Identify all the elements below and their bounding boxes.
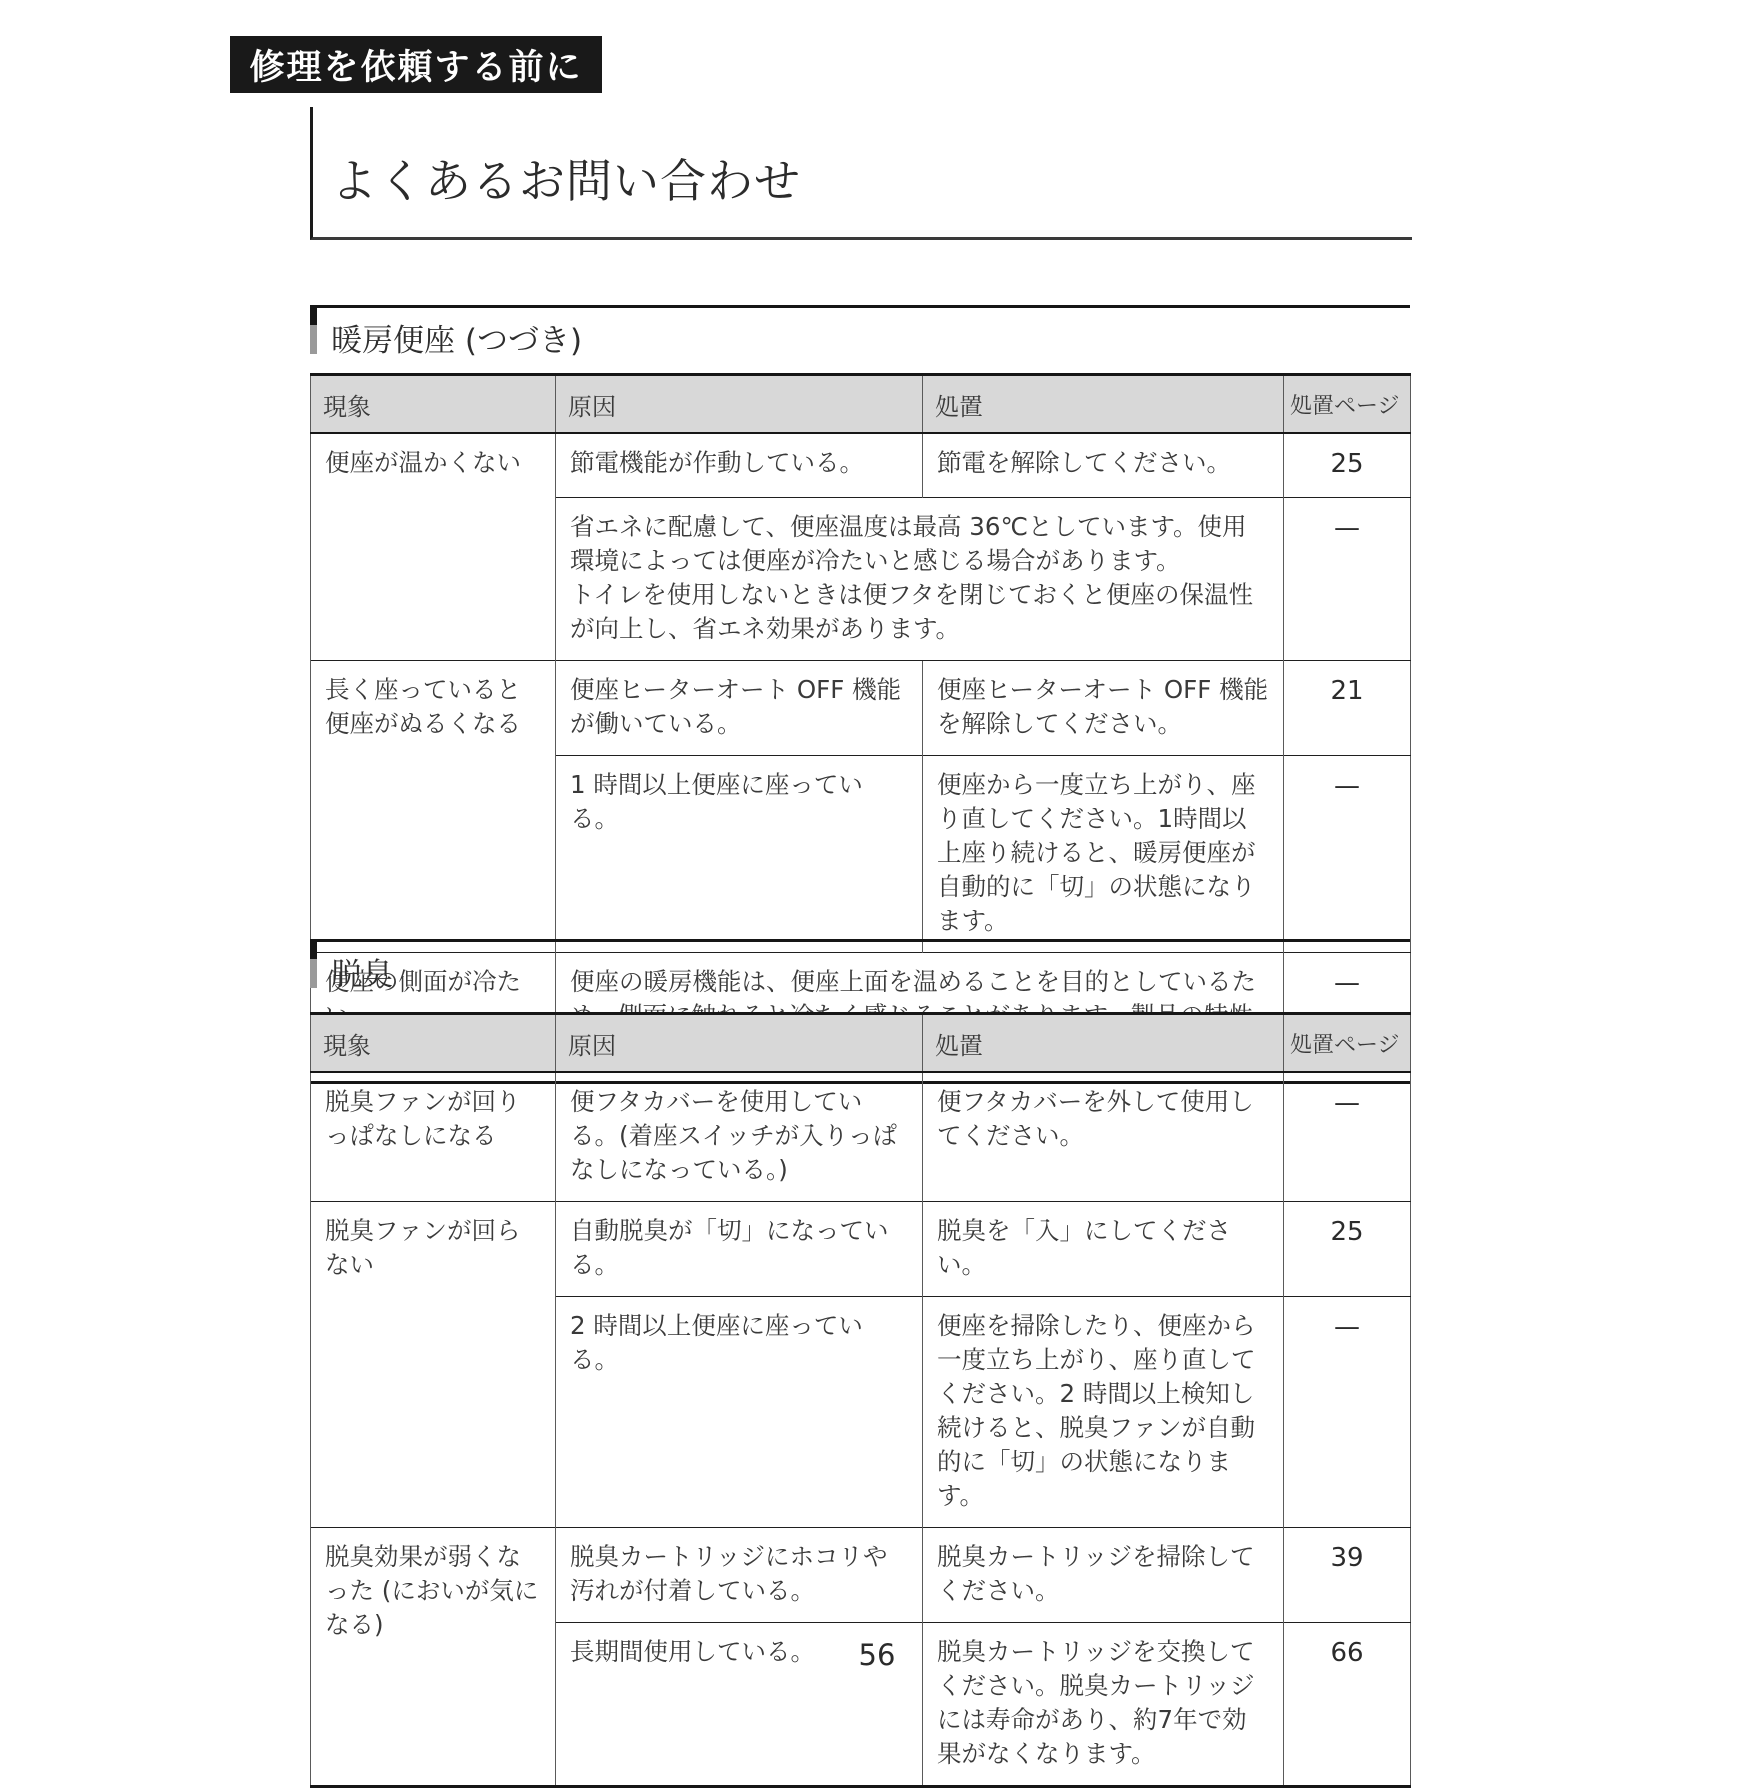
column-header-phenomenon: 現象	[311, 375, 556, 434]
section-heading-warm-seat: 暖房便座 (つづき)	[310, 305, 1410, 360]
column-header-phenomenon: 現象	[311, 1014, 556, 1073]
treatment-cell: 節電を解除してください。	[923, 433, 1284, 497]
cause-cell: 便座ヒーターオート OFF 機能が働いている。	[556, 660, 923, 755]
phenomenon-cell: 長く座っていると便座がぬるくなる	[311, 660, 556, 952]
chapter-banner: 修理を依頼する前に	[230, 36, 602, 93]
table-row: 脱臭ファンが回らない 自動脱臭が「切」になっている。 脱臭を「入」にしてください…	[311, 1202, 1411, 1297]
table-row: 便座が温かくない 節電機能が作動している。 節電を解除してください。 25	[311, 433, 1411, 497]
cause-cell: 脱臭カートリッジにホコリや汚れが付着している。	[556, 1528, 923, 1623]
note-cell: 省エネに配慮して、便座温度は最高 36℃としています。使用環境によっては便座が冷…	[556, 497, 1284, 660]
treatment-cell: 便フタカバーを外して使用してください。	[923, 1072, 1284, 1202]
cause-cell: 2 時間以上便座に座っている。	[556, 1297, 923, 1528]
page-ref-cell: —	[1284, 1072, 1411, 1202]
column-header-cause: 原因	[556, 1014, 923, 1073]
column-header-treatment-page: 処置ページ	[1284, 1014, 1411, 1073]
chapter-banner-label: 修理を依頼する前に	[249, 40, 582, 90]
section-heading-text: 暖房便座 (つづき)	[331, 315, 582, 360]
page-number: 56	[0, 1638, 1754, 1672]
treatment-cell: 便座から一度立ち上がり、座り直してください。1時間以上座り続けると、暖房便座が自…	[923, 755, 1284, 952]
phenomenon-cell: 脱臭ファンが回らない	[311, 1202, 556, 1528]
table-header-row: 現象 原因 処置 処置ページ	[311, 375, 1411, 434]
treatment-cell: 脱臭カートリッジを掃除してください。	[923, 1528, 1284, 1623]
page-ref-cell: 25	[1284, 1202, 1411, 1297]
page-ref-cell: 25	[1284, 433, 1411, 497]
cause-cell: 1 時間以上便座に座っている。	[556, 755, 923, 952]
page-ref-cell: 21	[1284, 660, 1411, 755]
section-marker	[310, 942, 317, 988]
phenomenon-cell: 便座が温かくない	[311, 433, 556, 660]
cause-cell: 自動脱臭が「切」になっている。	[556, 1202, 923, 1297]
table-row: 脱臭ファンが回りっぱなしになる 便フタカバーを使用している。(着座スイッチが入り…	[311, 1072, 1411, 1202]
table-row: 長く座っていると便座がぬるくなる 便座ヒーターオート OFF 機能が働いている。…	[311, 660, 1411, 755]
column-header-cause: 原因	[556, 375, 923, 434]
page-title: よくあるお問い合わせ	[331, 145, 801, 211]
treatment-cell: 便座を掃除したり、便座から一度立ち上がり、座り直してください。2 時間以上検知し…	[923, 1297, 1284, 1528]
cause-cell: 節電機能が作動している。	[556, 433, 923, 497]
page-ref-cell: —	[1284, 1297, 1411, 1528]
note-line: トイレを使用しないときは便フタを閉じておくと便座の保温性が向上し、省エネ効果があ…	[570, 578, 1269, 646]
section-heading-deodorizer: 脱臭	[310, 939, 1410, 994]
column-header-treatment-page: 処置ページ	[1284, 375, 1411, 434]
cause-cell: 便フタカバーを使用している。(着座スイッチが入りっぱなしになっている。)	[556, 1072, 923, 1202]
section-heading-text: 脱臭	[331, 949, 393, 994]
column-header-treatment: 処置	[923, 375, 1284, 434]
note-line: 省エネに配慮して、便座温度は最高 36℃としています。使用環境によっては便座が冷…	[570, 510, 1269, 578]
page-ref-cell: 39	[1284, 1528, 1411, 1623]
page-title-block: よくあるお問い合わせ	[310, 107, 1412, 240]
treatment-cell: 便座ヒーターオート OFF 機能を解除してください。	[923, 660, 1284, 755]
table-row: 脱臭効果が弱くなった (においが気になる) 脱臭カートリッジにホコリや汚れが付着…	[311, 1528, 1411, 1623]
table-header-row: 現象 原因 処置 処置ページ	[311, 1014, 1411, 1073]
page-ref-cell: —	[1284, 755, 1411, 952]
column-header-treatment: 処置	[923, 1014, 1284, 1073]
phenomenon-cell: 脱臭ファンが回りっぱなしになる	[311, 1072, 556, 1202]
treatment-cell: 脱臭を「入」にしてください。	[923, 1202, 1284, 1297]
page-ref-cell: —	[1284, 497, 1411, 660]
section-marker	[310, 308, 317, 354]
